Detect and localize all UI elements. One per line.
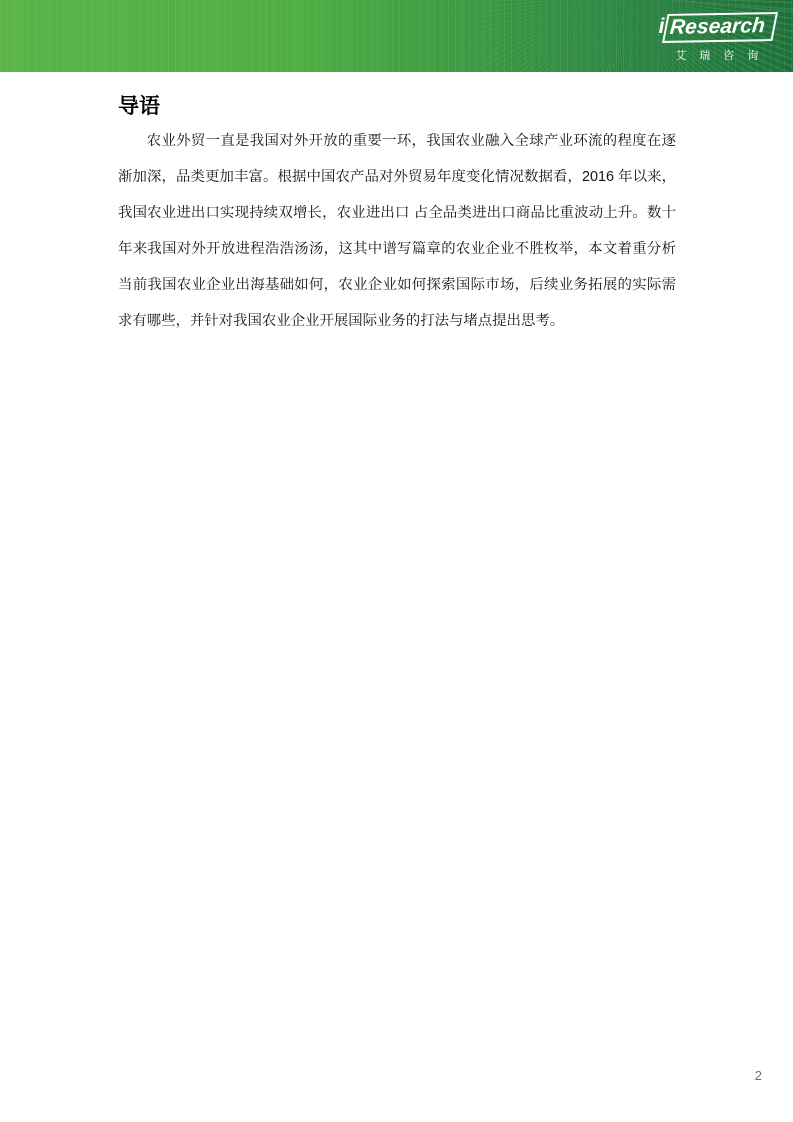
report-page: { "header": { "logo": { "brand_i": "i", … [0, 0, 793, 1122]
iresearch-wordmark: iResearch [659, 13, 775, 42]
page-number: 2 [755, 1068, 762, 1083]
iresearch-logo: iResearch 艾瑞咨询 [659, 13, 775, 63]
logo-research-text: Research [670, 15, 767, 38]
logo-chinese-name: 艾瑞咨询 [659, 47, 775, 63]
page-header-band: iResearch 艾瑞咨询 [0, 0, 793, 72]
logo-flag-shape: Research [662, 12, 778, 43]
lead-section-title: 导语 [118, 94, 160, 120]
lead-paragraph: 农业外贸一直是我国对外开放的重要一环，我国农业融入全球产业环流的程度在逐渐加深，… [118, 123, 676, 339]
